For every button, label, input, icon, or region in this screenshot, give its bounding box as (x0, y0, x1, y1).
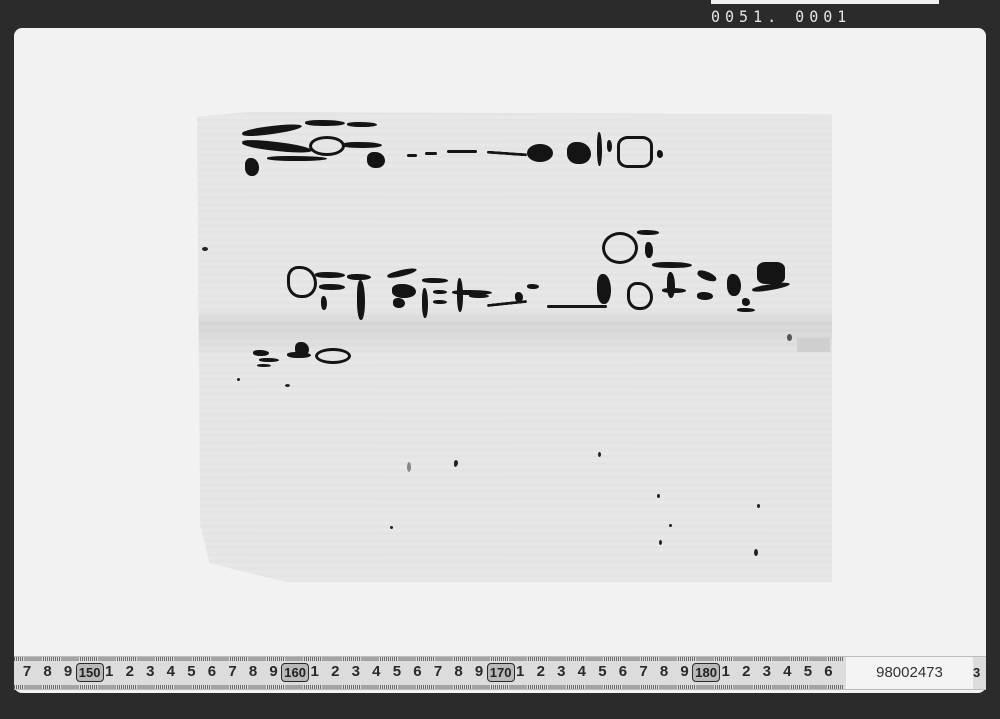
ruler-tick-label: 2 (123, 663, 137, 680)
ink-spot (757, 504, 760, 508)
ruler-tick-label: 6 (616, 663, 630, 680)
ink-spot (202, 247, 208, 251)
ruler-tick-label: 4 (780, 663, 794, 680)
ink-spot (787, 334, 792, 341)
ink-spot (285, 384, 290, 387)
ink-spot (598, 452, 601, 457)
ruler-tick-label: 8 (246, 663, 260, 680)
ruler-tick-label: 1 (719, 663, 733, 680)
ruler-tick-label: 7 (431, 663, 445, 680)
ruler-tick-label: 8 (41, 663, 55, 680)
fold-stain (797, 338, 830, 352)
ruler-tick-label: 7 (226, 663, 240, 680)
ruler-tick-label: 8 (452, 663, 466, 680)
ruler-tick-label: 2 (328, 663, 342, 680)
ruler-tail: 3 (973, 657, 986, 689)
ruler-major-mark: 160 (281, 663, 309, 682)
ink-spot (659, 540, 662, 545)
ruler-tick-label: 9 (472, 663, 486, 680)
ruler-tick-label: 1 (308, 663, 322, 680)
ruler-tick-label: 3 (554, 663, 568, 680)
ruler-tick-label: 4 (575, 663, 589, 680)
manuscript-paper (197, 112, 832, 582)
ruler-tick-label: 3 (143, 663, 157, 680)
ruler-tick-label: 5 (801, 663, 815, 680)
ruler-tick-label: 8 (657, 663, 671, 680)
ruler-major-mark: 150 (76, 663, 104, 682)
catalog-id-label: 98002473 (846, 657, 973, 689)
ruler-major-mark: 170 (487, 663, 515, 682)
ruler-tick-label: 6 (821, 663, 835, 680)
ink-spot (454, 462, 457, 467)
ruler-tick-label: 1 (513, 663, 527, 680)
ink-spot (657, 494, 660, 498)
film-top-strip (711, 0, 939, 4)
scale-ruler: 7891501234567891601234567891701234567891… (14, 656, 986, 690)
ruler-tick-label: 9 (61, 663, 75, 680)
ink-spot (390, 526, 393, 529)
ruler-tick-label: 6 (410, 663, 424, 680)
ruler-tick-label: 1 (102, 663, 116, 680)
ruler-tick-label: 5 (390, 663, 404, 680)
ruler-tick-label: 2 (739, 663, 753, 680)
ruler-tick-label: 6 (205, 663, 219, 680)
ruler-tick-label: 5 (184, 663, 198, 680)
ruler-tick-label: 5 (595, 663, 609, 680)
ruler-major-mark: 180 (692, 663, 720, 682)
ink-spot (237, 378, 240, 381)
ruler-tick-label: 9 (267, 663, 281, 680)
ruler-tick-label: 3 (760, 663, 774, 680)
ruler-tick-label: 4 (164, 663, 178, 680)
ruler-tick-label: 4 (369, 663, 383, 680)
ruler-tick-label: 9 (678, 663, 692, 680)
ink-spot (754, 549, 758, 556)
frame-number: 0051. 0001 (711, 8, 851, 27)
ink-spot (669, 524, 672, 527)
ruler-tail-digit: 3 (973, 665, 980, 680)
ruler-tick-label: 3 (349, 663, 363, 680)
ink-spot (407, 462, 411, 472)
ruler-tick-label: 7 (20, 663, 34, 680)
ruler-tick-label: 7 (637, 663, 651, 680)
ruler-tick-label: 2 (534, 663, 548, 680)
